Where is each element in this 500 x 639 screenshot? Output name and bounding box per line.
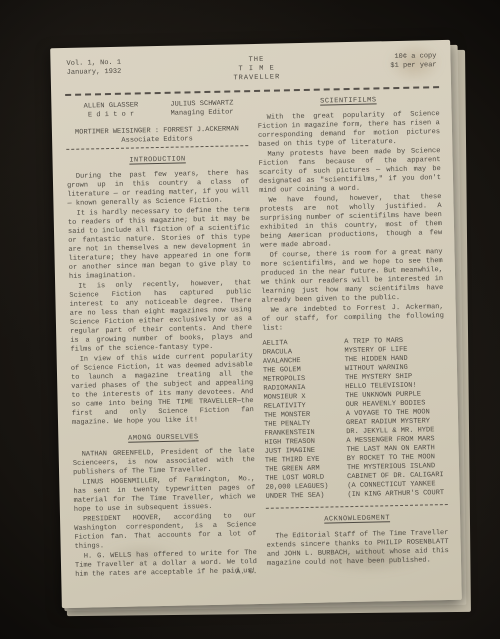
among-ourselves-paragraph: LINUS HOGENMILLER, of Farmington, Mo., h… xyxy=(73,475,256,515)
page-content: Vol. 1, No. 1 January, 1932 THE T I M E … xyxy=(64,50,449,594)
introduction-paragraph: During the past few years, there has gro… xyxy=(67,169,250,209)
scientifilms-paragraph: Many protests have been made by Science … xyxy=(258,147,441,196)
scientifilms-paragraph: Of course, there is room for a great man… xyxy=(260,248,443,306)
managing-editor-title: Managing Editor xyxy=(156,108,247,119)
scientifilms-paragraph: With the great popularity of Science Fic… xyxy=(258,110,441,150)
magazine-title: THE T I M E TRAVELLER xyxy=(186,54,327,84)
right-column: SCIENTIFILMS With the great popularity o… xyxy=(257,93,449,577)
introduction-paragraph: It is hardly necessary to define the ter… xyxy=(68,206,251,282)
acknowledgment-heading: ACKNOWLEDGMENT xyxy=(266,513,448,526)
scientifilms-heading: SCIENTIFILMS xyxy=(257,95,439,108)
left-column: ALLEN GLASSER E d i t o r JULIUS SCHWART… xyxy=(65,97,257,581)
editor-title: E d i t o r xyxy=(66,110,157,121)
editors-row: ALLEN GLASSER E d i t o r JULIUS SCHWART… xyxy=(65,99,247,121)
managing-editor-block: JULIUS SCHWARTZ Managing Editor xyxy=(156,99,247,119)
introduction-heading: INTRODUCTION xyxy=(66,154,248,167)
price-year: $1 per year xyxy=(327,61,437,72)
acknowledgment-divider xyxy=(266,504,448,509)
film-list: AELITAA TRIP TO MARSDRACULAMYSTERY OF LI… xyxy=(262,336,447,502)
introduction-paragraph: In view of this wide current popularity … xyxy=(71,352,254,428)
among-ourselves-paragraph: PRESIDENT HOOVER, according to our Washi… xyxy=(74,512,257,552)
acknowledgment-paragraph: The Editorial Staff of The Time Travelle… xyxy=(266,529,449,569)
title-line-3: TRAVELLER xyxy=(187,72,327,84)
introduction-paragraph: It is only recently, however, that Scien… xyxy=(69,279,252,355)
scientifilms-paragraph: We are indebted to Forrest J. Ackerman, … xyxy=(262,303,445,334)
photo-scene: Vol. 1, No. 1 January, 1932 THE T I M E … xyxy=(0,0,500,639)
associate-editors-block: MORTIMER WEISINGER : FORREST J.ACKERMAN … xyxy=(66,125,248,147)
issue-date: January, 1932 xyxy=(67,66,187,78)
volume-block: Vol. 1, No. 1 January, 1932 xyxy=(66,57,186,78)
among-ourselves-paragraph: NATHAN GREENFELD, President of the late … xyxy=(73,447,256,478)
price-block: 10¢ a copy $1 per year xyxy=(326,52,436,72)
film-title: UNDER THE SEA) xyxy=(266,491,348,502)
among-ourselves-heading: AMONG OURSELVES xyxy=(72,432,254,445)
scientifilms-paragraph: We have found, however, that these prote… xyxy=(259,193,442,251)
two-column-body: ALLEN GLASSER E d i t o r JULIUS SCHWART… xyxy=(65,93,449,581)
film-title: (IN KING ARTHUR'S COURT xyxy=(347,489,447,500)
editor-block: ALLEN GLASSER E d i t o r xyxy=(65,101,156,121)
fanzine-page: Vol. 1, No. 1 January, 1932 THE T I M E … xyxy=(50,40,462,608)
masthead: Vol. 1, No. 1 January, 1932 THE T I M E … xyxy=(64,50,439,91)
